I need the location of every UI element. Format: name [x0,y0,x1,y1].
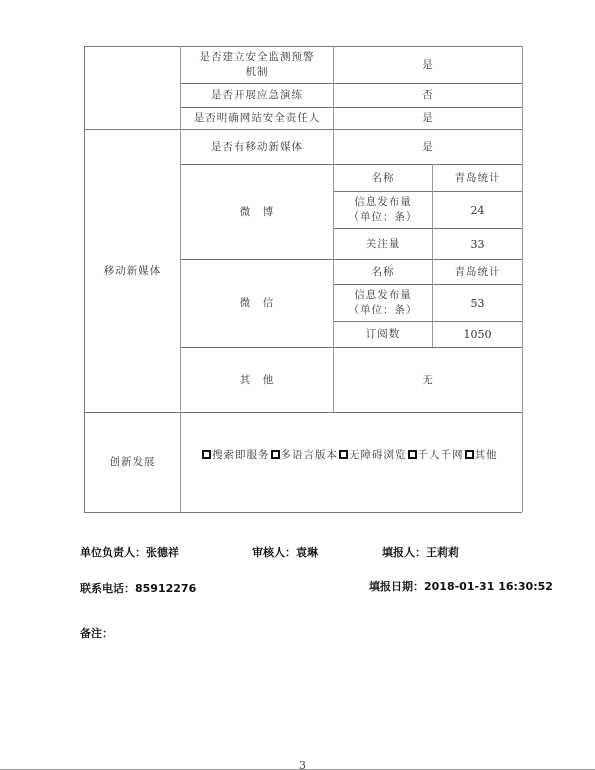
checkbox-other[interactable] [465,450,474,459]
reviewer: 审核人：袁琳 [252,544,318,560]
weixin-label: 微 信 [181,260,333,347]
option-label: 多语言版本 [281,447,339,462]
weibo-followers-value: 33 [433,229,522,259]
remarks-label: 备注： [80,625,113,641]
checkbox-search-as-service[interactable] [202,450,211,459]
weibo-posts-key: 信息发布量 （单位：条） [334,192,432,228]
weibo-name-key: 名称 [334,165,432,191]
key-line: 信息发布量 [354,288,412,303]
key-line: 信息发布量 [354,195,412,210]
weixin-name-key: 名称 [334,260,432,284]
checkbox-personalized[interactable] [408,450,417,459]
contact-phone: 联系电话：85912276 [80,580,196,596]
weibo-followers-key: 关注量 [334,229,432,259]
key-line: （单位：条） [349,303,418,318]
security-owner-value: 是 [334,108,522,129]
label-line: 机制 [246,65,269,80]
weixin-posts-key: 信息发布量 （单位：条） [334,285,432,321]
mobile-media-section-label: 移动新媒体 [85,130,180,412]
option-label: 其他 [475,447,498,462]
weixin-name-value: 青岛统计 [433,260,522,284]
weixin-subscribers-value: 1050 [433,322,522,347]
table-bottom-border [84,512,522,513]
emergency-drill-value: 否 [334,84,522,107]
option-label: 无障碍浏览 [349,447,407,462]
weibo-posts-value: 24 [433,192,522,228]
fill-date: 填报日期：2018-01-31 16:30:52 [369,578,553,594]
other-media-label: 其 他 [181,348,333,412]
has-mobile-media-value: 是 [334,130,522,164]
weibo-name-value: 青岛统计 [433,165,522,191]
security-owner-label: 是否明确网站安全责任人 [181,108,333,129]
emergency-drill-label: 是否开展应急演练 [181,84,333,107]
innovation-section-label: 创新发展 [85,413,180,512]
option-label: 搜索即服务 [212,447,270,462]
other-media-value: 无 [334,348,522,412]
innovation-options: 搜索即服务 多语言版本 无障碍浏览 千人千网 其他 [202,447,499,461]
weixin-posts-value: 53 [433,285,522,321]
security-monitoring-value: 是 [334,47,522,83]
label-line: 是否建立安全监测预警 [200,50,315,65]
unit-head: 单位负责人：张德祥 [80,544,179,560]
filler: 填报人：王莉莉 [382,544,459,560]
has-mobile-media-label: 是否有移动新媒体 [181,130,333,164]
key-line: （单位：条） [349,210,418,225]
table-right-border [522,46,523,512]
checkbox-multilingual[interactable] [271,450,280,459]
weixin-subscribers-key: 订阅数 [334,322,432,347]
security-monitoring-label: 是否建立安全监测预警 机制 [181,47,333,83]
checkbox-accessibility[interactable] [339,450,348,459]
option-label: 千人千网 [418,447,464,462]
weibo-label: 微 博 [181,165,333,259]
